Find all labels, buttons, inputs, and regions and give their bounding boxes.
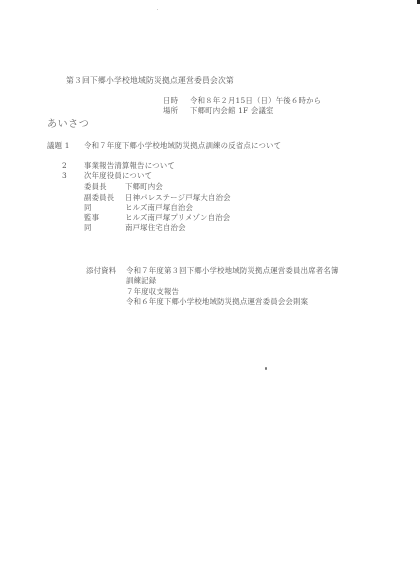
officer-role: 同 <box>84 203 92 212</box>
document-title: 第３回下郷小学校地域防災拠点運営委員会次第 <box>66 76 234 85</box>
officer-org: 下郷町内会 <box>125 182 163 191</box>
officer-role: 委員長 <box>84 182 107 191</box>
agenda-label: 議題 1 <box>47 141 70 150</box>
agenda-item-2: 事業報告清算報告について <box>84 161 175 170</box>
officer-role: 副委員長 <box>84 193 114 202</box>
meta-place-value: 下郷町内会館 1F 会議室 <box>190 106 274 115</box>
document-page: 第３回下郷小学校地域防災拠点運営委員会次第 日時 令和８年２月15日（日）午後６… <box>0 0 420 577</box>
agenda-number: 1 <box>65 141 70 150</box>
meta-place-label: 場所 <box>163 106 178 115</box>
officer-role: 監事 <box>84 213 99 222</box>
agenda-item-3: 次年度役員について <box>84 171 152 180</box>
greeting-heading: あいさつ <box>47 120 89 129</box>
officer-org: 日神パレステージ戸塚大自治会 <box>125 193 231 202</box>
attachment-item: ７年度収支報告 <box>126 287 179 296</box>
attachment-item: 訓練記録 <box>126 276 156 285</box>
meta-date-value: 令和８年２月15日（日）午後６時から <box>190 96 321 105</box>
officer-role: 同 <box>84 223 92 232</box>
agenda-number-3: 3 <box>62 171 67 180</box>
officer-org: ヒルズ南戸塚自治会 <box>125 203 193 212</box>
officer-org: 南戸塚住宅自治会 <box>125 223 186 232</box>
attachments-label: 添付資料 <box>86 266 116 275</box>
scan-speck <box>157 9 158 10</box>
meta-date-label: 日時 <box>163 96 178 105</box>
agenda-item-1: 令和７年度下郷小学校地域防災拠点訓練の反省点について <box>84 141 281 150</box>
attachment-item: 令和７年度第３回下郷小学校地域防災拠点運営委員出席者名簿 <box>126 266 339 275</box>
officer-org: ヒルズ南戸塚プリメゾン自治会 <box>125 213 230 222</box>
agenda-label-text: 議題 <box>47 141 62 150</box>
scan-speck <box>265 367 267 370</box>
attachment-item: 令和６年度下郷小学校地域防災拠点運営委員会会則案 <box>126 297 308 306</box>
agenda-number-2: 2 <box>62 161 67 170</box>
